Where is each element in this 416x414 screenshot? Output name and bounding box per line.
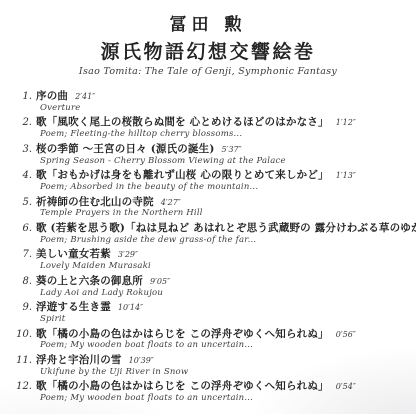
- track-title: 桜の季節 ～王宮の日々 (源氏の誕生): [36, 143, 215, 155]
- track-title: 祈祷師の住む北山の寺院: [36, 196, 154, 208]
- track-subtitle: Temple Prayers in the Northern Hill: [40, 208, 416, 218]
- track-title: 葵の上と六条の御息所: [36, 275, 143, 287]
- track-number: 6.: [0, 223, 36, 235]
- track-number: 10.: [0, 329, 36, 341]
- track-row: 1. 序の曲 2′41″ Overture: [0, 90, 416, 113]
- track-title-line: 10. 歌「橘の小島の色はかはらじを この浮舟ぞゆくへ知られぬ」 0′56″: [0, 328, 416, 341]
- track-duration: 4′27″: [161, 198, 181, 207]
- track-title: 歌「おもかげは身をも離れず山桜 心の限りとめて来しかど」: [36, 169, 329, 181]
- track-number: 1.: [0, 91, 36, 103]
- track-number: 3.: [0, 144, 36, 156]
- track-title-line: 12. 歌「橘の小島の色はかはらじを この浮舟ぞゆくへ知られぬ」 0′54″: [0, 380, 416, 393]
- track-number: 2.: [0, 117, 36, 129]
- track-title-line: 7. 美しい童女若紫 3′29″: [0, 248, 416, 261]
- track-title: 歌「橘の小島の色はかはらじを この浮舟ぞゆくへ知られぬ」: [36, 328, 329, 340]
- track-title-line: 4. 歌「おもかげは身をも離れず山桜 心の限りとめて来しかど」 1′13″: [0, 169, 416, 182]
- booklet-page: 冨田 勲 源氏物語幻想交響絵巻 Isao Tomita: The Tale of…: [0, 0, 416, 414]
- track-title-line: 5. 祈祷師の住む北山の寺院 4′27″: [0, 196, 416, 209]
- track-duration: 10′14″: [118, 303, 143, 312]
- track-subtitle: Lady Aoi and Lady Rokujou: [40, 288, 416, 298]
- track-title: 歌 (若紫を思う歌)「ねは見ねど あはれとぞ思う武蔵野の 露分けわぶる草のゆかり…: [36, 222, 416, 234]
- track-row: 7. 美しい童女若紫 3′29″ Lovely Maiden Murasaki: [0, 248, 416, 271]
- track-subtitle: Overture: [40, 103, 416, 113]
- track-number: 7.: [0, 249, 36, 261]
- artist-name: 冨田 勲: [0, 10, 416, 35]
- track-title: 序の曲: [36, 90, 68, 102]
- track-title-line: 11. 浮舟と宇治川の雪 10′39″: [0, 354, 416, 367]
- track-duration: 0′56″: [336, 330, 356, 339]
- track-title-line: 6. 歌 (若紫を思う歌)「ねは見ねど あはれとぞ思う武蔵野の 露分けわぶる草の…: [0, 222, 416, 235]
- track-title: 美しい童女若紫: [36, 248, 111, 260]
- track-subtitle: Poem; Absorbed in the beauty of the moun…: [40, 182, 416, 192]
- track-title: 歌「風吹く尾上の桜散らぬ間を 心とめけるほどのはかなさ」: [36, 116, 329, 128]
- track-subtitle: Poem; My wooden boat floats to an uncert…: [40, 340, 416, 350]
- track-row: 11. 浮舟と宇治川の雪 10′39″ Ukifune by the Uji R…: [0, 354, 416, 377]
- track-row: 4. 歌「おもかげは身をも離れず山桜 心の限りとめて来しかど」 1′13″ Po…: [0, 169, 416, 192]
- track-list: 1. 序の曲 2′41″ Overture 2. 歌「風吹く尾上の桜散らぬ間を …: [0, 90, 416, 403]
- track-title-line: 3. 桜の季節 ～王宮の日々 (源氏の誕生) 5′37″: [0, 143, 416, 156]
- album-title-english: Isao Tomita: The Tale of Genji, Symphoni…: [0, 66, 416, 77]
- album-title-japanese: 源氏物語幻想交響絵巻: [0, 37, 416, 64]
- track-subtitle: Poem; Fleeting-the hilltop cherry blosso…: [40, 129, 416, 139]
- track-subtitle: Ukifune by the Uji River in Snow: [40, 367, 416, 377]
- track-title-line: 9. 浮遊する生き霊 10′14″: [0, 301, 416, 314]
- track-row: 3. 桜の季節 ～王宮の日々 (源氏の誕生) 5′37″ Spring Seas…: [0, 143, 416, 166]
- track-duration: 1′13″: [336, 171, 356, 180]
- track-duration: 2′41″: [75, 92, 95, 101]
- track-number: 9.: [0, 302, 36, 314]
- track-row: 6. 歌 (若紫を思う歌)「ねは見ねど あはれとぞ思う武蔵野の 露分けわぶる草の…: [0, 222, 416, 245]
- track-number: 8.: [0, 276, 36, 288]
- track-row: 12. 歌「橘の小島の色はかはらじを この浮舟ぞゆくへ知られぬ」 0′54″ P…: [0, 380, 416, 403]
- track-number: 12.: [0, 381, 36, 393]
- track-title-line: 8. 葵の上と六条の御息所 9′05″: [0, 275, 416, 288]
- track-number: 11.: [0, 355, 36, 367]
- track-subtitle: Lovely Maiden Murasaki: [40, 261, 416, 271]
- track-title: 浮遊する生き霊: [36, 301, 111, 313]
- album-header: 冨田 勲 源氏物語幻想交響絵巻 Isao Tomita: The Tale of…: [0, 10, 416, 77]
- track-duration: 5′37″: [222, 145, 242, 154]
- track-row: 2. 歌「風吹く尾上の桜散らぬ間を 心とめけるほどのはかなさ」 1′12″ Po…: [0, 116, 416, 139]
- track-title: 歌「橘の小島の色はかはらじを この浮舟ぞゆくへ知られぬ」: [36, 380, 329, 392]
- track-subtitle: Poem; Brushing aside the dew grass-of th…: [40, 235, 416, 245]
- track-subtitle: Spring Season - Cherry Blossom Viewing a…: [40, 156, 416, 166]
- track-subtitle: Poem; My wooden boat floats to an uncert…: [40, 393, 416, 403]
- track-duration: 1′12″: [336, 118, 356, 127]
- track-subtitle: Spirit: [40, 314, 416, 324]
- track-title-line: 1. 序の曲 2′41″: [0, 90, 416, 103]
- track-row: 9. 浮遊する生き霊 10′14″ Spirit: [0, 301, 416, 324]
- track-number: 4.: [0, 170, 36, 182]
- track-title-line: 2. 歌「風吹く尾上の桜散らぬ間を 心とめけるほどのはかなさ」 1′12″: [0, 116, 416, 129]
- track-row: 8. 葵の上と六条の御息所 9′05″ Lady Aoi and Lady Ro…: [0, 275, 416, 298]
- track-duration: 3′29″: [118, 250, 138, 259]
- track-row: 10. 歌「橘の小島の色はかはらじを この浮舟ぞゆくへ知られぬ」 0′56″ P…: [0, 328, 416, 351]
- track-duration: 10′39″: [129, 356, 154, 365]
- track-title: 浮舟と宇治川の雪: [36, 354, 122, 366]
- track-number: 5.: [0, 197, 36, 209]
- track-duration: 9′05″: [150, 277, 170, 286]
- track-duration: 0′54″: [336, 382, 356, 391]
- track-row: 5. 祈祷師の住む北山の寺院 4′27″ Temple Prayers in t…: [0, 196, 416, 219]
